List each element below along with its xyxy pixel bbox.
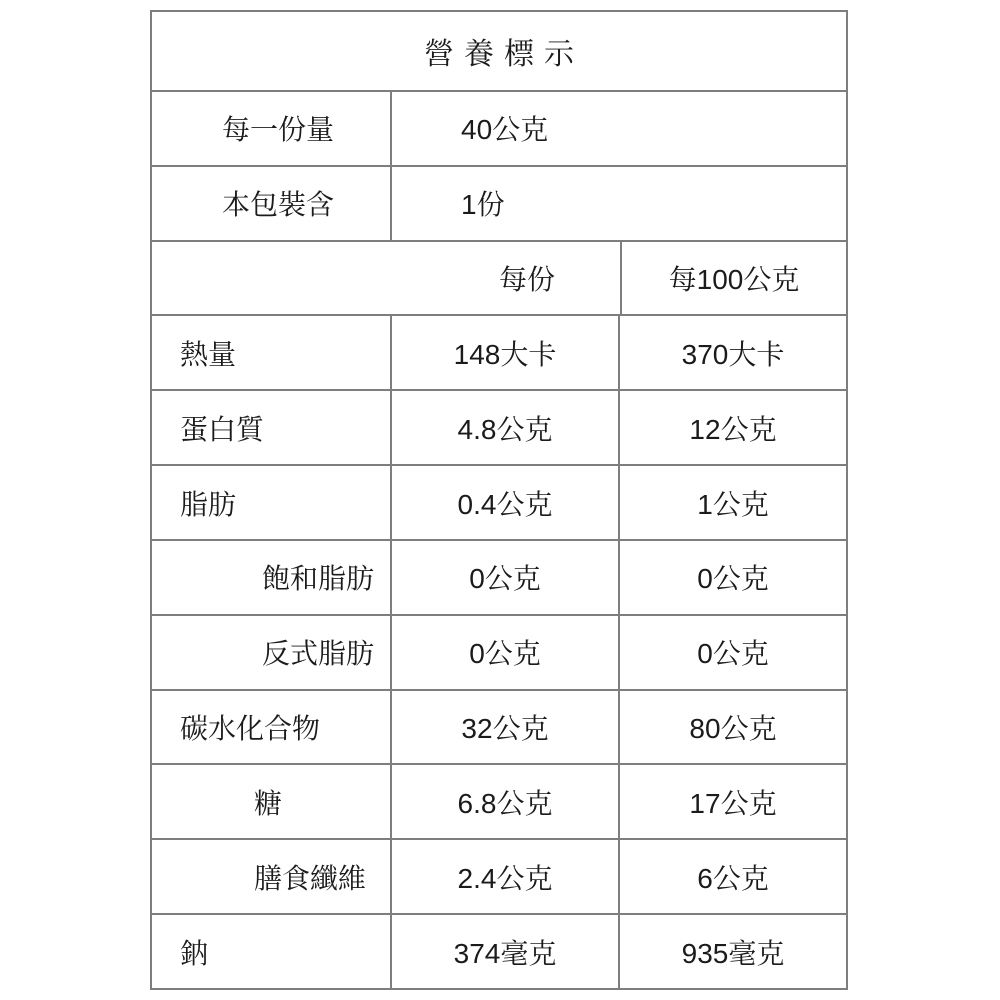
nutrient-per-100g: 12公克 [618, 391, 846, 464]
serving-size-row: 每一份量 40公克 [152, 90, 846, 165]
nutrient-per-100g: 80公克 [618, 691, 846, 764]
nutrient-per-serving: 148大卡 [390, 316, 618, 389]
nutrient-per-100g: 370大卡 [618, 316, 846, 389]
per-serving-header: 每份 [152, 242, 620, 315]
nutrient-per-100g: 17公克 [618, 765, 846, 838]
nutrient-per-serving: 4.8公克 [390, 391, 618, 464]
table-title: 營養標示 [152, 12, 846, 90]
nutrient-row-carbohydrate: 碳水化合物 32公克 80公克 [152, 689, 846, 764]
column-header-row: 每份 每100公克 [152, 240, 846, 315]
nutrient-per-100g: 0公克 [618, 541, 846, 614]
nutrient-label: 膳食纖維 [152, 840, 390, 913]
nutrient-per-serving: 374毫克 [390, 915, 618, 988]
per-100g-header: 每100公克 [620, 242, 846, 315]
nutrient-row-fat: 脂肪 0.4公克 1公克 [152, 464, 846, 539]
nutrient-per-serving: 2.4公克 [390, 840, 618, 913]
nutrient-per-serving: 0公克 [390, 541, 618, 614]
nutrient-label: 反式脂肪 [152, 616, 390, 689]
nutrient-label: 鈉 [152, 915, 390, 988]
nutrient-per-serving: 32公克 [390, 691, 618, 764]
nutrient-row-trans-fat: 反式脂肪 0公克 0公克 [152, 614, 846, 689]
nutrient-label: 蛋白質 [152, 391, 390, 464]
title-row: 營養標示 [152, 12, 846, 90]
nutrient-label: 脂肪 [152, 466, 390, 539]
nutrient-per-serving: 6.8公克 [390, 765, 618, 838]
nutrient-per-serving: 0.4公克 [390, 466, 618, 539]
nutrient-label: 飽和脂肪 [152, 541, 390, 614]
nutrient-label: 糖 [152, 765, 390, 838]
serving-size-value: 40公克 [390, 92, 846, 165]
nutrient-label: 熱量 [152, 316, 390, 389]
nutrient-per-100g: 0公克 [618, 616, 846, 689]
nutrient-per-serving: 0公克 [390, 616, 618, 689]
nutrient-label: 碳水化合物 [152, 691, 390, 764]
nutrient-row-sodium: 鈉 374毫克 935毫克 [152, 913, 846, 988]
nutrition-label-page: 營養標示 每一份量 40公克 本包裝含 1份 每份 每100公克 熱量 148大… [0, 0, 1000, 1000]
servings-per-package-value: 1份 [390, 167, 846, 240]
nutrient-per-100g: 6公克 [618, 840, 846, 913]
serving-size-label: 每一份量 [152, 92, 390, 165]
nutrient-row-dietary-fiber: 膳食纖維 2.4公克 6公克 [152, 838, 846, 913]
nutrient-row-calories: 熱量 148大卡 370大卡 [152, 314, 846, 389]
servings-per-package-row: 本包裝含 1份 [152, 165, 846, 240]
nutrient-row-saturated-fat: 飽和脂肪 0公克 0公克 [152, 539, 846, 614]
nutrient-row-protein: 蛋白質 4.8公克 12公克 [152, 389, 846, 464]
servings-per-package-label: 本包裝含 [152, 167, 390, 240]
nutrition-table: 營養標示 每一份量 40公克 本包裝含 1份 每份 每100公克 熱量 148大… [150, 10, 848, 990]
nutrient-per-100g: 935毫克 [618, 915, 846, 988]
nutrient-per-100g: 1公克 [618, 466, 846, 539]
nutrient-row-sugar: 糖 6.8公克 17公克 [152, 763, 846, 838]
